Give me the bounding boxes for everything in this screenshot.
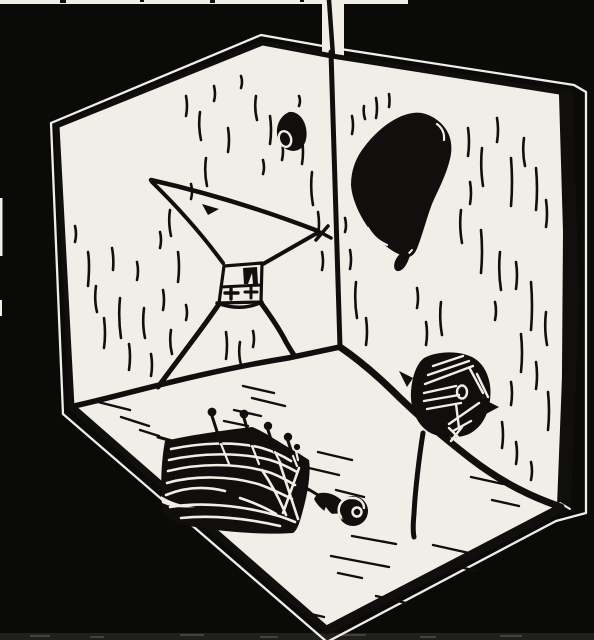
noise-speck (30, 635, 50, 637)
yarn-ball-body (411, 352, 491, 437)
left-edge-sliver (0, 300, 2, 316)
left-edge-sliver (0, 198, 3, 256)
pin-head (293, 443, 301, 451)
pin-head (284, 433, 292, 441)
top-strip-speck (300, 0, 304, 2)
pin-head (264, 422, 272, 430)
noise-speck (500, 635, 522, 637)
border-right (564, 95, 572, 506)
linocut-print (0, 0, 594, 640)
print-canvas (0, 0, 594, 640)
pedestal-divider (221, 285, 261, 287)
noise-speck (90, 636, 104, 638)
top-strip-speck (140, 0, 144, 2)
noise-speck (180, 634, 204, 636)
pin-head (240, 410, 249, 419)
pin-head (208, 408, 217, 417)
top-strip-speck (60, 0, 66, 3)
top-strip-speck (210, 0, 215, 3)
noise-speck (260, 636, 278, 638)
noise-speck (420, 636, 436, 638)
